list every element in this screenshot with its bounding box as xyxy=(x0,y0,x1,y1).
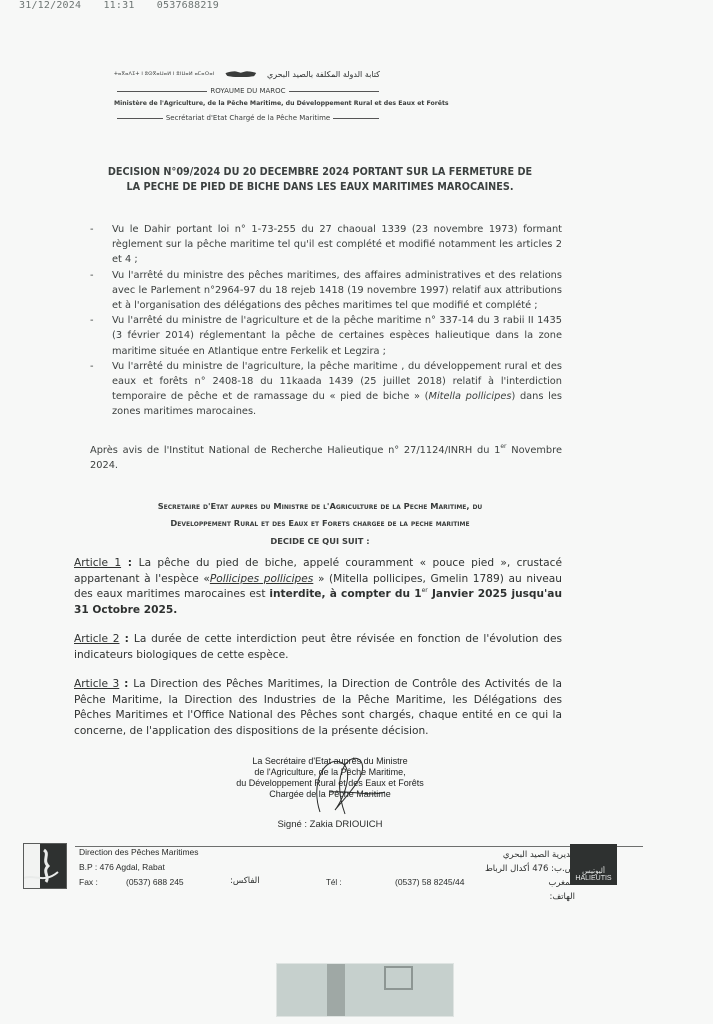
letterhead-ministry: Ministère de l'Agriculture, de la Pêche … xyxy=(114,100,384,107)
fax-transmission-header: 31/12/2024 11:31 0537688219 xyxy=(19,0,235,11)
footer-org: Direction des Pêches Maritimes xyxy=(79,845,199,860)
considerant-item: - Vu l'arrêté du ministre de l'agricultu… xyxy=(90,359,562,420)
considerant-item: - Vu l'arrêté du ministre des pêches mar… xyxy=(90,268,562,314)
logo-text: HALIEUTIS xyxy=(570,875,617,882)
article-label: Article 3 xyxy=(74,678,119,690)
fax-number: 0537688219 xyxy=(157,0,219,11)
inrh-opinion: Après avis de l'Institut National de Rec… xyxy=(90,443,562,473)
fax-date: 31/12/2024 xyxy=(19,0,81,11)
tel-label: Tél : xyxy=(326,878,342,887)
fax-time: 11:31 xyxy=(103,0,134,11)
fax-value: (0537) 688 245 xyxy=(126,875,184,890)
bullet: - xyxy=(90,268,94,283)
fisheries-emblem-icon xyxy=(23,843,67,889)
considerant-text: Vu l'arrêté du ministre des pêches marit… xyxy=(112,270,562,311)
secretary-line-1: Secretaire d'Etat aupres du Ministre de … xyxy=(70,498,570,515)
footer-address: B.P : 476 Agdal, Rabat xyxy=(79,860,199,875)
crown-emblem-icon xyxy=(225,71,257,77)
ban-period: interdite, à compter du 1 xyxy=(269,588,421,600)
separator: : xyxy=(119,678,133,690)
bullet: - xyxy=(90,222,94,237)
footer-org-ar: مديرية الصيد البحري xyxy=(470,848,575,862)
tel-value: (0537) 58 8245/44 xyxy=(395,877,464,887)
species-name: Mitella pollicipes xyxy=(429,391,512,402)
handwritten-signature-icon xyxy=(300,752,390,822)
footer-contact-fr: Direction des Pêches Maritimes B.P : 476… xyxy=(79,845,199,890)
fax-label-ar: الفاكس: xyxy=(230,876,260,886)
letterhead-arabic: كتابة الدولة المكلفة بالصيد البحري xyxy=(267,70,380,79)
decision-title: DECISION N°09/2024 DU 20 DECEMBRE 2024 P… xyxy=(81,165,559,195)
article-text: La durée de cette interdiction peut être… xyxy=(74,633,562,661)
footer-contact-ar: مديرية الصيد البحري ص.ب: 476 أكدال الربا… xyxy=(470,848,575,904)
article-label: Article 1 xyxy=(74,557,121,569)
article-1: Article 1 : La pêche du pied de biche, a… xyxy=(74,556,562,618)
secretary-heading: Secretaire d'Etat aupres du Ministre de … xyxy=(70,498,570,532)
signer-name: Signé : Zakia DRIOUICH xyxy=(210,819,450,830)
scanned-stamp-artifact xyxy=(276,963,454,1017)
bullet: - xyxy=(90,359,94,374)
footer-fax-row: Fax : (0537) 688 245 xyxy=(79,875,199,890)
considerant-text: Vu l'arrêté du ministre de l'agriculture… xyxy=(112,315,562,356)
letterhead-secretariat: Secrétariat d'Etat Chargé de la Pêche Ma… xyxy=(114,114,382,122)
bullet: - xyxy=(90,313,94,328)
kingdom-text: ROYAUME DU MAROC xyxy=(210,87,285,95)
decides-heading: DECIDE CE QUI SUIT : xyxy=(70,536,570,546)
footer-address-ar: ص.ب: 476 أكدال الرباط المغرب xyxy=(470,862,575,890)
letterhead-kingdom: ROYAUME DU MAROC xyxy=(114,87,382,95)
letterhead-tifinagh: ⵜⴰⴳⴰⴷⵉⵜ ⵏ ⵓⵙⴳⴰⵡⴰⵍ ⵏ ⵓⵏⵡⴰⵍ ⴰⵎⴰⵔⴰⵏ xyxy=(114,71,215,77)
article-3: Article 3 : La Direction des Pêches Mari… xyxy=(74,677,562,739)
considerants-list: - Vu le Dahir portant loi n° 1-73-255 du… xyxy=(90,222,562,420)
considerant-item: - Vu le Dahir portant loi n° 1-73-255 du… xyxy=(90,222,562,268)
fax-label: Fax : xyxy=(79,875,126,890)
article-label: Article 2 xyxy=(74,633,120,645)
separator: : xyxy=(120,633,134,645)
separator: : xyxy=(121,557,139,569)
halieutis-logo-icon: أليوتيس HALIEUTIS xyxy=(570,844,617,885)
considerant-item: - Vu l'arrêté du ministre de l'agricultu… xyxy=(90,313,562,359)
secretariat-text: Secrétariat d'Etat Chargé de la Pêche Ma… xyxy=(166,114,330,122)
tel-label-ar: الهاتف: xyxy=(470,890,575,904)
letterhead-top: ⵜⴰⴳⴰⴷⵉⵜ ⵏ ⵓⵙⴳⴰⵡⴰⵍ ⵏ ⵓⵏⵡⴰⵍ ⴰⵎⴰⵔⴰⵏ كتابة ا… xyxy=(114,68,380,80)
title-line-2: LA PECHE DE PIED DE BICHE DANS LES EAUX … xyxy=(81,180,559,195)
title-line-1: DECISION N°09/2024 DU 20 DECEMBRE 2024 P… xyxy=(81,165,559,180)
avis-text: Après avis de l'Institut National de Rec… xyxy=(90,445,500,456)
species-name: Pollicipes pollicipes xyxy=(210,573,313,585)
considerant-text: Vu le Dahir portant loi n° 1-73-255 du 2… xyxy=(112,224,562,265)
secretary-line-2: Developpement Rural et des Eaux et Foret… xyxy=(70,515,570,532)
article-text: La Direction des Pêches Maritimes, la Di… xyxy=(74,678,562,737)
logo-text-ar: أليوتيس xyxy=(570,867,617,875)
article-2: Article 2 : La durée de cette interdicti… xyxy=(74,632,562,663)
